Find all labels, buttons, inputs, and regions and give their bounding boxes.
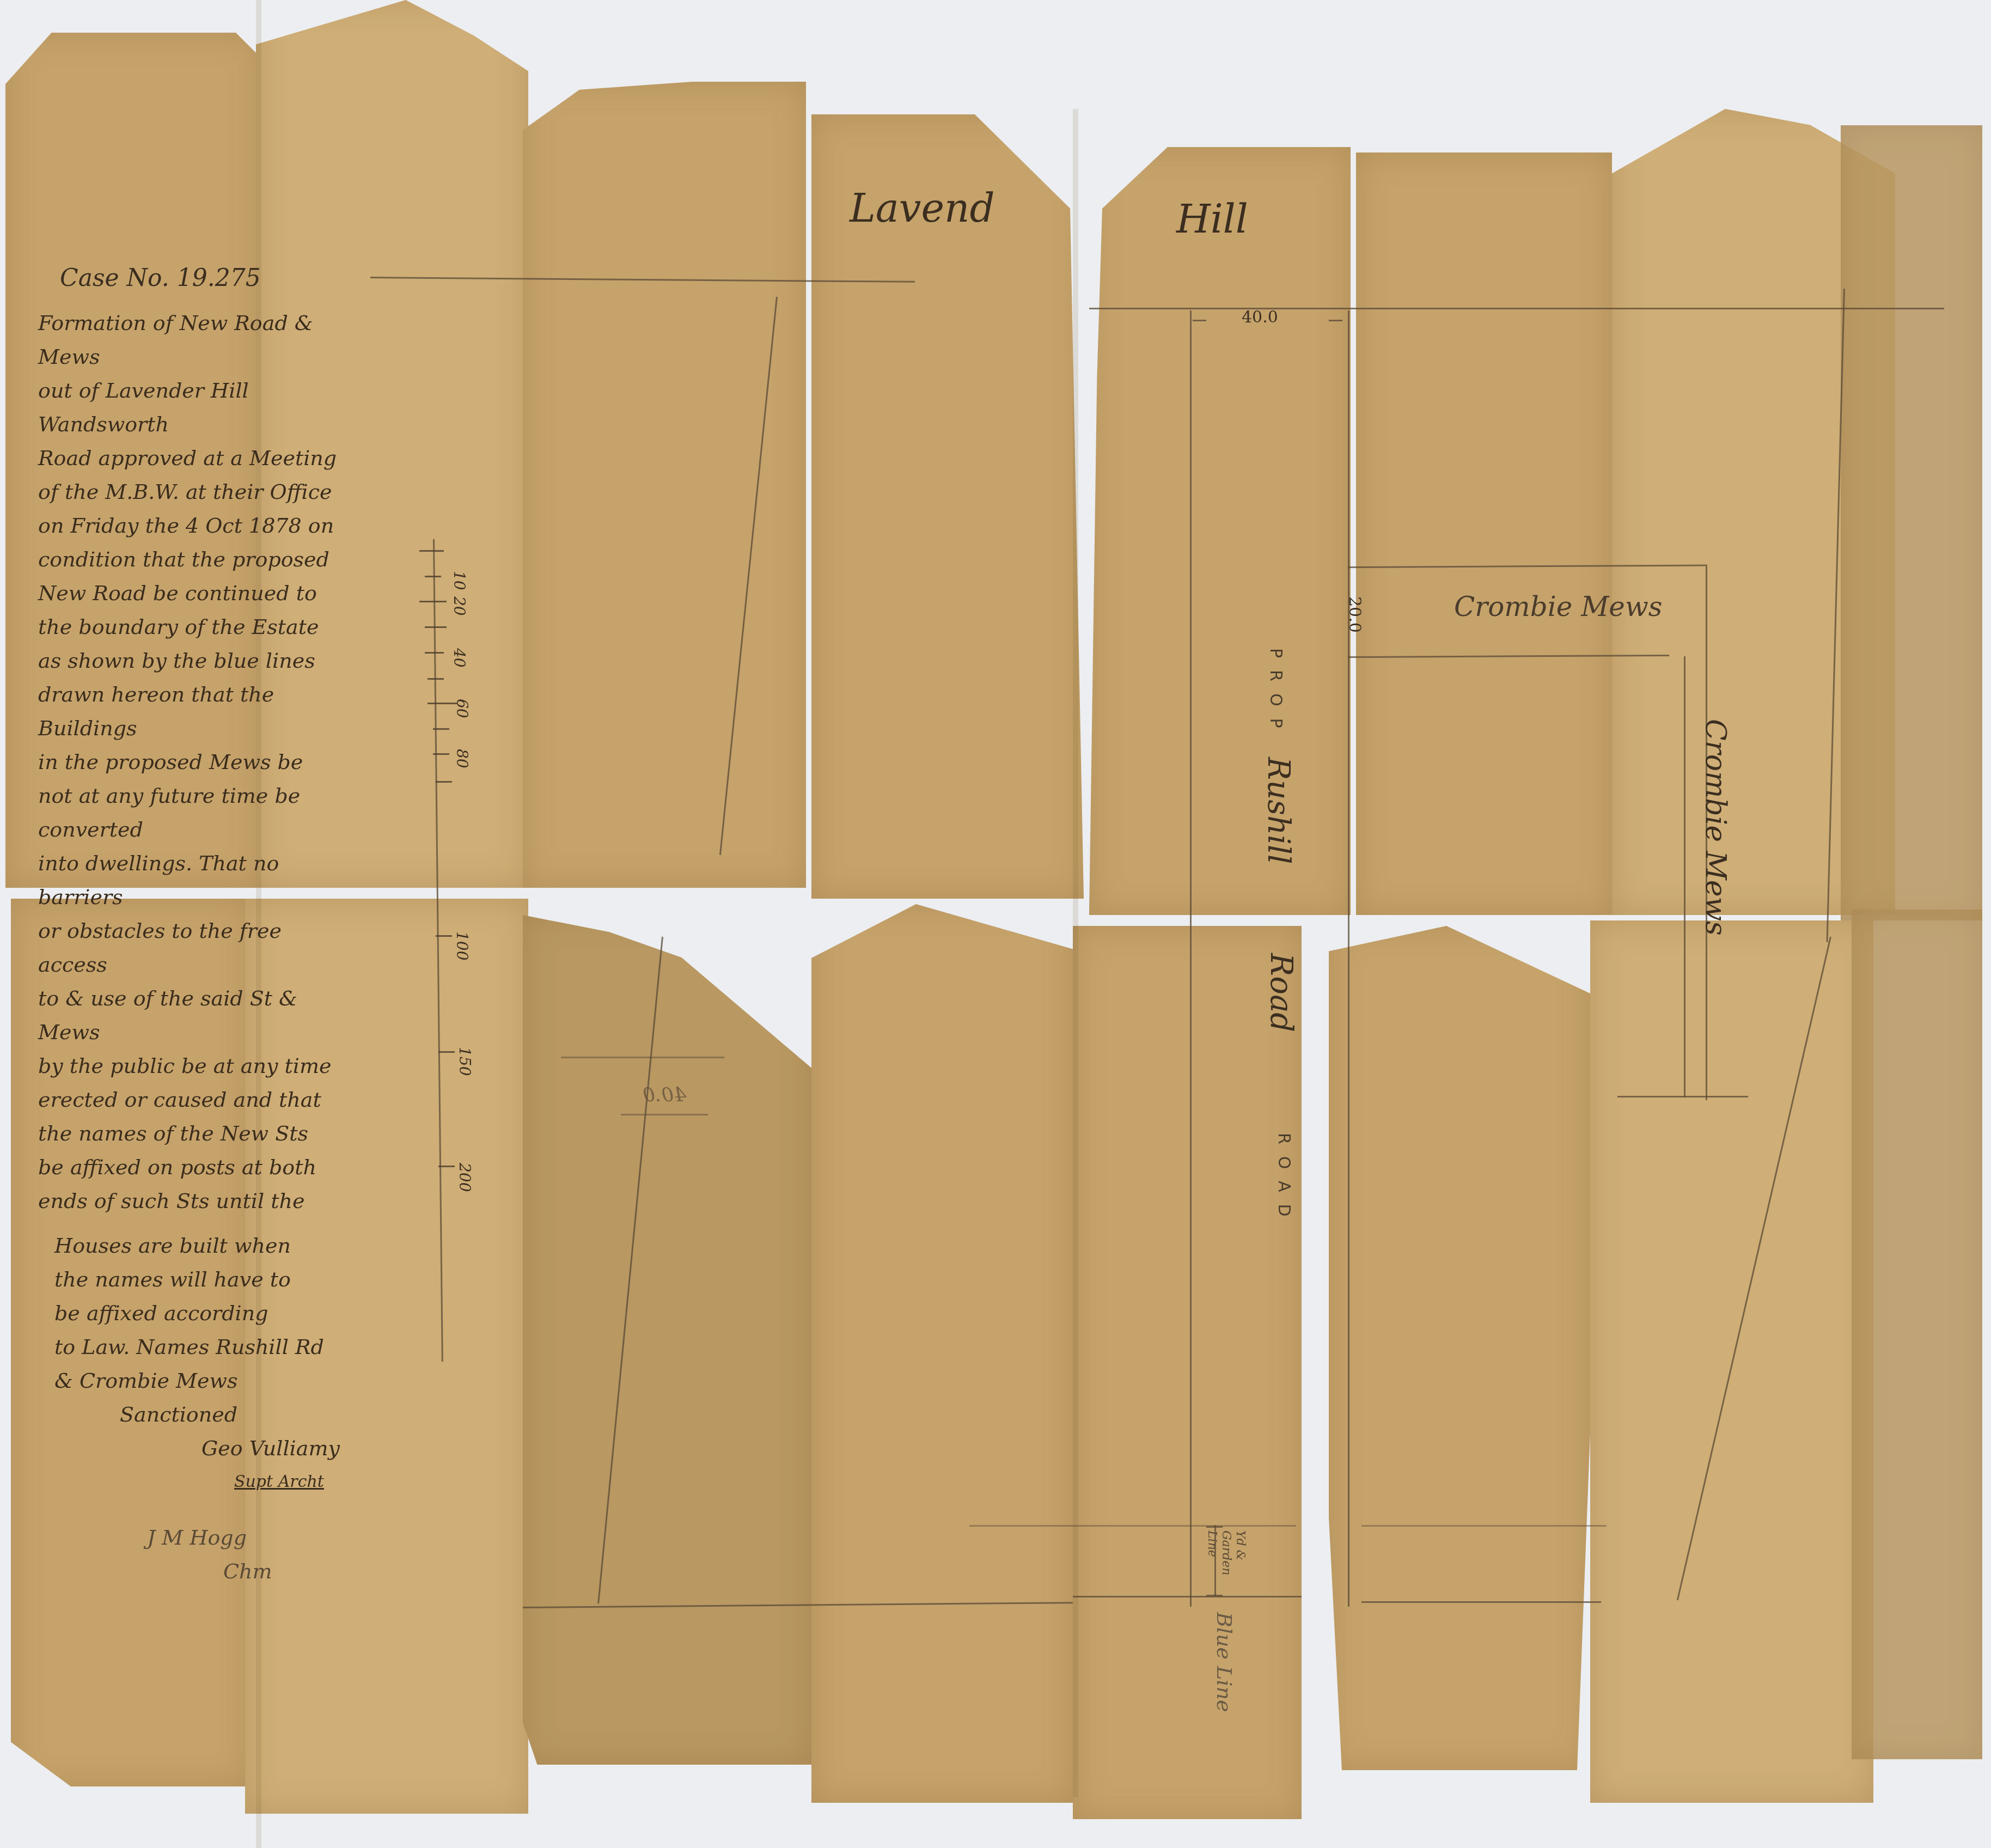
note-line: as shown by the blue lines bbox=[38, 644, 343, 678]
paper-strip-3-top bbox=[523, 82, 806, 888]
scale-label: 150 bbox=[456, 1047, 474, 1076]
paper-strip-4-bottom bbox=[811, 904, 1073, 1803]
street-label-hill: Hill bbox=[1176, 196, 1248, 242]
note-line: or obstacles to the free access bbox=[38, 914, 343, 981]
dimension-label-40: 40.0 bbox=[1242, 308, 1278, 327]
garden-line bbox=[969, 1525, 1296, 1527]
garden-line-label: Yd & Garden Line bbox=[1205, 1530, 1247, 1590]
note-line: condition that the proposed bbox=[38, 542, 343, 576]
paper-strip-8-bottom bbox=[1852, 910, 1982, 1759]
scale-label: 80 bbox=[453, 749, 471, 769]
scale-label: 40 bbox=[450, 648, 468, 668]
note-line: by the public be at any time bbox=[38, 1049, 343, 1083]
lavender-hill-frontage-line bbox=[1089, 308, 1944, 309]
mews-end-line bbox=[1617, 1096, 1748, 1097]
mews-label-vertical: Crombie Mews bbox=[1699, 719, 1732, 936]
note-line: Formation of New Road & Mews bbox=[38, 306, 343, 374]
note-line: Houses are built when bbox=[38, 1229, 343, 1263]
note-line: the names will have to bbox=[38, 1263, 343, 1296]
note-line: into dwellings. That no barriers bbox=[38, 846, 343, 914]
note-line: New Road be continued to bbox=[38, 576, 343, 610]
note-line: drawn hereon that the Buildings bbox=[38, 678, 343, 745]
bottom-line bbox=[1361, 1601, 1601, 1603]
paper-strip-6-bottom bbox=[1329, 926, 1590, 1770]
paper-strip-5-top bbox=[1089, 147, 1351, 915]
signature-title-supt-archt: Supt Archt bbox=[38, 1465, 343, 1499]
road-west-line bbox=[1190, 310, 1192, 1607]
street-label-lavender: Lavend bbox=[850, 185, 994, 231]
note-line: in the proposed Mews be bbox=[38, 745, 343, 779]
note-line: out of Lavender Hill Wandsworth bbox=[38, 374, 343, 441]
proposed-road-prefix: PROP bbox=[1266, 648, 1285, 740]
paper-strip-8-top bbox=[1841, 125, 1982, 920]
note-line: the names of the New Sts bbox=[38, 1117, 343, 1150]
note-line: of the M.B.W. at their Office bbox=[38, 475, 343, 509]
dimension-arrow-40 bbox=[1193, 320, 1206, 321]
scale-label: 60 bbox=[453, 699, 471, 718]
handwritten-note: Case No. 19.275 Formation of New Road & … bbox=[38, 261, 343, 1588]
sanctioned-label: Sanctioned bbox=[38, 1398, 343, 1431]
fold-line-vertical bbox=[1073, 109, 1078, 1797]
blue-line-label: Blue Line bbox=[1212, 1612, 1236, 1712]
case-number: Case No. 19.275 bbox=[60, 261, 365, 295]
road-name-road: Road bbox=[1263, 953, 1299, 1032]
mews-label-horizontal: Crombie Mews bbox=[1454, 591, 1662, 623]
note-line: be affixed according bbox=[38, 1296, 343, 1330]
bleed-through-text: 40.0 bbox=[643, 1084, 686, 1106]
note-line: to Law. Names Rushill Rd bbox=[38, 1330, 343, 1364]
signature-hogg: J M Hogg bbox=[38, 1521, 343, 1554]
proposed-road-suffix: ROAD bbox=[1274, 1133, 1293, 1229]
scale-label: 20 bbox=[450, 596, 468, 616]
dimension-arrow-40 bbox=[1329, 320, 1342, 321]
note-line: ends of such Sts until the bbox=[38, 1184, 343, 1218]
dimension-tick bbox=[1206, 1595, 1223, 1596]
dimension-label-20: 20.0 bbox=[1345, 596, 1364, 633]
note-line: erected or caused and that bbox=[38, 1083, 343, 1117]
bleed-through-underline bbox=[621, 1114, 708, 1115]
note-line: not at any future time be converted bbox=[38, 779, 343, 846]
bleed-through-underline bbox=[561, 1057, 724, 1058]
road-east-line bbox=[1348, 310, 1349, 1607]
scale-label: 100 bbox=[453, 931, 471, 960]
bottom-line bbox=[1073, 1596, 1302, 1597]
note-line: the boundary of the Estate bbox=[38, 610, 343, 644]
paper-strip-3-bottom bbox=[523, 915, 811, 1765]
garden-line bbox=[1361, 1525, 1607, 1527]
note-line: Road approved at a Meeting bbox=[38, 441, 343, 475]
note-line: & Crombie Mews bbox=[38, 1364, 343, 1398]
note-line: be affixed on posts at both bbox=[38, 1150, 343, 1184]
scale-label: 10 bbox=[450, 571, 468, 590]
note-line: on Friday the 4 Oct 1878 on bbox=[38, 509, 343, 542]
paper-strip-4-top bbox=[811, 114, 1084, 899]
paper-strip-5-bottom bbox=[1073, 926, 1302, 1819]
mews-inner-line bbox=[1684, 656, 1685, 1097]
signature-title-chm: Chm bbox=[38, 1554, 343, 1588]
scale-label: 200 bbox=[456, 1163, 474, 1192]
note-line: to & use of the said St & Mews bbox=[38, 981, 343, 1049]
signature-vulliamy: Geo Vulliamy bbox=[38, 1431, 343, 1465]
paper-strip-6-top bbox=[1356, 153, 1612, 915]
road-name-rushill: Rushill bbox=[1261, 757, 1296, 864]
dimension-tick bbox=[1206, 1526, 1223, 1528]
